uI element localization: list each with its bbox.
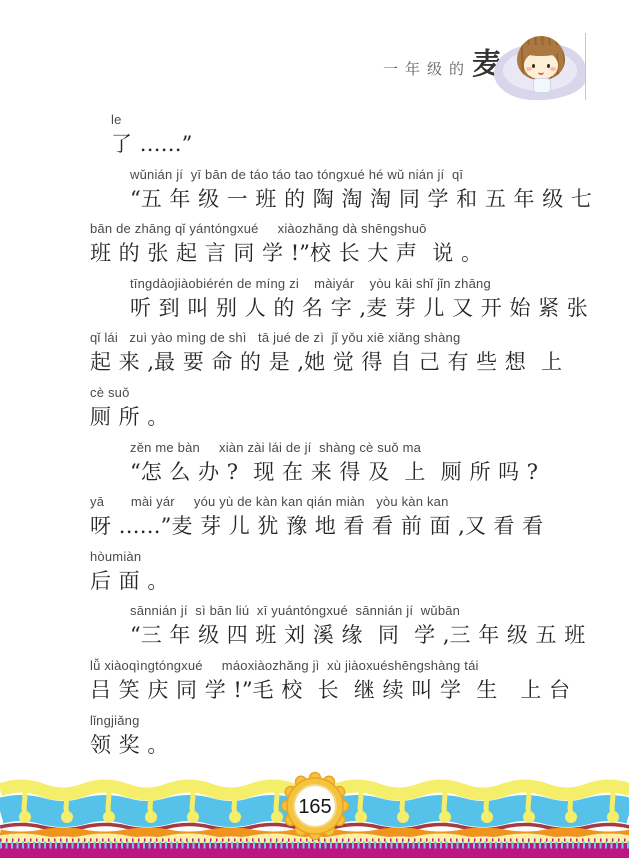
pinyin-annotation: qǐ lái zuì yào mìng de shì tā jué de zì … — [90, 330, 570, 346]
hanzi-text: 领 奖 。 — [90, 731, 570, 760]
text-line: lǐngjiǎng领 奖 。 — [90, 713, 570, 768]
text-line: tīngdàojiàobiérén de míng zi màiyár yòu … — [90, 276, 570, 331]
girl-cheek-right — [550, 67, 556, 71]
page-edge-rule — [585, 33, 586, 100]
book-title-prefix: 一年级的 — [383, 60, 471, 78]
page-number: 165 — [298, 796, 331, 818]
book-page: 一年级的麦芽儿 le了 ……”wǔnián jí yī bān de táo t… — [0, 0, 629, 858]
pinyin-annotation: cè suǒ — [90, 385, 570, 401]
hanzi-text: 厕 所 。 — [90, 403, 570, 432]
hanzi-text: “五 年 级 一 班 的 陶 淘 淘 同 学 和 五 年 级 七 — [130, 185, 570, 214]
text-line: bān de zhāng qǐ yántóngxué xiàozhǎng dà … — [90, 221, 570, 276]
girl-mouth — [538, 69, 544, 75]
hanzi-text: 班 的 张 起 言 同 学 !”校 长 大 声 说 。 — [90, 239, 570, 268]
text-line: lǚ xiàoqìngtóngxué máoxiàozhǎng jì xù ji… — [90, 658, 570, 713]
decorative-border: 165 — [0, 770, 629, 858]
pinyin-annotation: zěn me bàn xiàn zài lái de jí shàng cè s… — [130, 440, 570, 456]
girl-eye-left — [532, 64, 535, 68]
girl-body — [533, 78, 551, 93]
pinyin-annotation: lǚ xiàoqìngtóngxué máoxiàozhǎng jì xù ji… — [90, 658, 570, 674]
pinyin-annotation: bān de zhāng qǐ yántóngxué xiàozhǎng dà … — [90, 221, 570, 237]
text-line: le了 ……” — [90, 112, 570, 167]
text-line: qǐ lái zuì yào mìng de shì tā jué de zì … — [90, 330, 570, 385]
text-line: yā mài yár yóu yù de kàn kan qián miàn y… — [90, 494, 570, 549]
girl-face — [524, 52, 558, 79]
text-line: wǔnián jí yī bān de táo táo tao tóngxué … — [90, 167, 570, 222]
hanzi-text: “三 年 级 四 班 刘 溪 缘 同 学 ,三 年 级 五 班 — [130, 621, 570, 650]
hanzi-text: 呀 ……”麦 芽 儿 犹 豫 地 看 看 前 面 ,又 看 看 — [90, 512, 570, 541]
pinyin-annotation: sānnián jí sì bān liú xī yuántóngxué sān… — [130, 603, 570, 619]
text-line: hòumiàn后 面 。 — [90, 549, 570, 604]
hanzi-text: 起 来 ,最 要 命 的 是 ,她 觉 得 自 己 有 些 想 上 — [90, 348, 570, 377]
pinyin-annotation: hòumiàn — [90, 549, 570, 565]
girl-illustration — [494, 36, 586, 102]
hanzi-text: 了 ……” — [111, 130, 570, 159]
text-line: zěn me bàn xiàn zài lái de jí shàng cè s… — [90, 440, 570, 495]
hanzi-text: “怎 么 办 ? 现 在 来 得 及 上 厕 所 吗 ? — [130, 458, 570, 487]
pinyin-annotation: tīngdàojiàobiérén de míng zi màiyár yòu … — [130, 276, 570, 292]
hanzi-text: 后 面 。 — [90, 567, 570, 596]
pinyin-annotation: yā mài yár yóu yù de kàn kan qián miàn y… — [90, 494, 570, 510]
hanzi-text: 吕 笑 庆 同 学 !”毛 校 长 继 续 叫 学 生 上 台 — [90, 676, 570, 705]
text-line: sānnián jí sì bān liú xī yuántóngxué sān… — [90, 603, 570, 658]
pinyin-annotation: wǔnián jí yī bān de táo táo tao tóngxué … — [130, 167, 570, 183]
pinyin-annotation: le — [111, 112, 570, 128]
text-content: le了 ……”wǔnián jí yī bān de táo táo tao t… — [90, 112, 570, 767]
text-line: cè suǒ厕 所 。 — [90, 385, 570, 440]
hanzi-text: 听 到 叫 别 人 的 名 字 ,麦 芽 儿 又 开 始 紧 张 — [130, 294, 570, 323]
pinyin-annotation: lǐngjiǎng — [90, 713, 570, 729]
girl-cheek-left — [526, 67, 532, 71]
